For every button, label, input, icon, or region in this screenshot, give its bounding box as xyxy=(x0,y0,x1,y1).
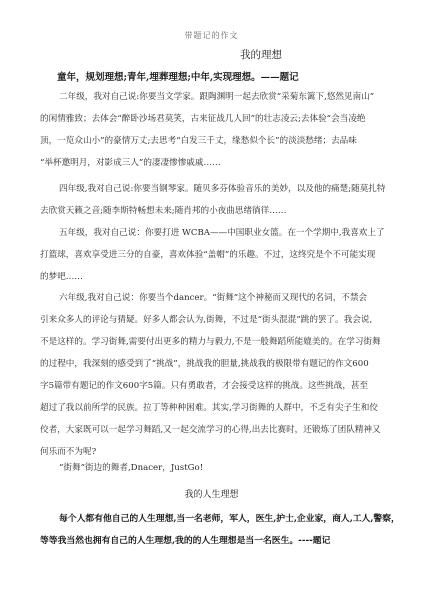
document-page: 带题记的作文 我的理想 童年，规划理想;青年,埋葬理想;中年,实现理想。——题记… xyxy=(0,0,423,600)
text-line: 打篮球，喜欢享受进三分的自豪，喜欢体验“盖帽”的乐趣。不过，这终究是个不可能实现 xyxy=(40,244,385,266)
text-line: 的闲情雅致；去体会“醉卧沙场君莫笑，古来征战几人回”的壮志凌云;去体验“会当凌绝 xyxy=(40,108,385,130)
text-line: 等等我当然也拥有自己的人生理想,我的的人生理想是当一名医生。----题记 xyxy=(40,530,385,552)
text-line: “街舞”街边的舞者,Dnacer，JustGo! xyxy=(40,457,385,479)
paragraph-grade-six: 六年级,我对自己说：你要当个dancer。“街舞”这个神秘而又现代的名词，不禁会… xyxy=(40,287,385,463)
paragraph-grade-two: 二年级，我对自己说:你要当文学家。跟陶渊明一起去欣赏“采菊东篱下,悠然见南山” … xyxy=(40,86,385,174)
text-line: 的梦吧…… xyxy=(40,266,385,288)
text-line: 五年级，我对自己说：你要打进 WCBA——中国职业女篮。在一个学期中,我喜欢上了 xyxy=(40,222,385,244)
text-line: 字5篇带有题记的作文600字5篇。只有勇敢者，才会接受这样的挑战。这些挑战，甚至 xyxy=(40,375,385,397)
text-line: 二年级，我对自己说:你要当文学家。跟陶渊明一起去欣赏“采菊东篱下,悠然见南山” xyxy=(40,86,385,108)
text-line: 每个人都有他自己的人生理想,当一名老师，军人，医生,护士,企业家，商人,工人,警… xyxy=(40,508,385,530)
text-line: 顶，一览众山小”的豪情万丈;去思考“白发三千丈，缘愁似个长”的淡淡愁绪；去品味 xyxy=(40,130,385,152)
essay-motto: 童年，规划理想;青年,埋葬理想;中年,实现理想。——题记 xyxy=(57,69,299,83)
paragraph-street-dance: “街舞”街边的舞者,Dnacer，JustGo! xyxy=(40,457,385,479)
text-line: 去欣赏天籁之音;随李斯特畅想未来;随肖邦的小夜曲思绪徜徉…… xyxy=(40,200,385,222)
essay-title: 我的理想 xyxy=(240,47,282,62)
paragraph-grade-five: 五年级，我对自己说：你要打进 WCBA——中国职业女篮。在一个学期中,我喜欢上了… xyxy=(40,222,385,288)
text-line: 四年级,我对自己说:你要当钢琴家。随贝多芬体验音乐的美妙，以及他的痛楚;随莫扎特 xyxy=(40,178,385,200)
text-line: 引来众多人的评论与猜疑。好多人都会认为,街舞，不过是“街头混混”跳的罢了。我会说… xyxy=(40,309,385,331)
text-line: 的过程中，我深刻的感受到了“挑战”，挑战我的胆量,挑战我的极限带有题记的作文60… xyxy=(40,353,385,375)
text-line: 不是这样的。学习街舞,需要付出更多的精力与毅力,不是一般舞蹈所能媲美的。在学习街… xyxy=(40,331,385,353)
paragraph-grade-four: 四年级,我对自己说:你要当钢琴家。随贝多芬体验音乐的美妙，以及他的痛楚;随莫扎特… xyxy=(40,178,385,222)
text-line: “举杯邀明月，对影成三人”的凄凄惨惨戚戚…… xyxy=(40,152,385,174)
essay2-title: 我的人生理想 xyxy=(0,487,423,500)
text-line: 超过了我以前所学的民族。拉丁等种种困难。其实,学习街舞的人群中，不乏有尖子生和佼 xyxy=(40,397,385,419)
text-line: 佼者，大家既可以一起学习舞蹈,又一起交流学习的心得,出去比赛时，还锻炼了团队精神… xyxy=(40,419,385,441)
page-header: 带题记的作文 xyxy=(0,30,423,41)
essay2-motto: 每个人都有他自己的人生理想,当一名老师，军人，医生,护士,企业家，商人,工人,警… xyxy=(40,508,385,552)
text-line: 六年级,我对自己说：你要当个dancer。“街舞”这个神秘而又现代的名词，不禁会 xyxy=(40,287,385,309)
